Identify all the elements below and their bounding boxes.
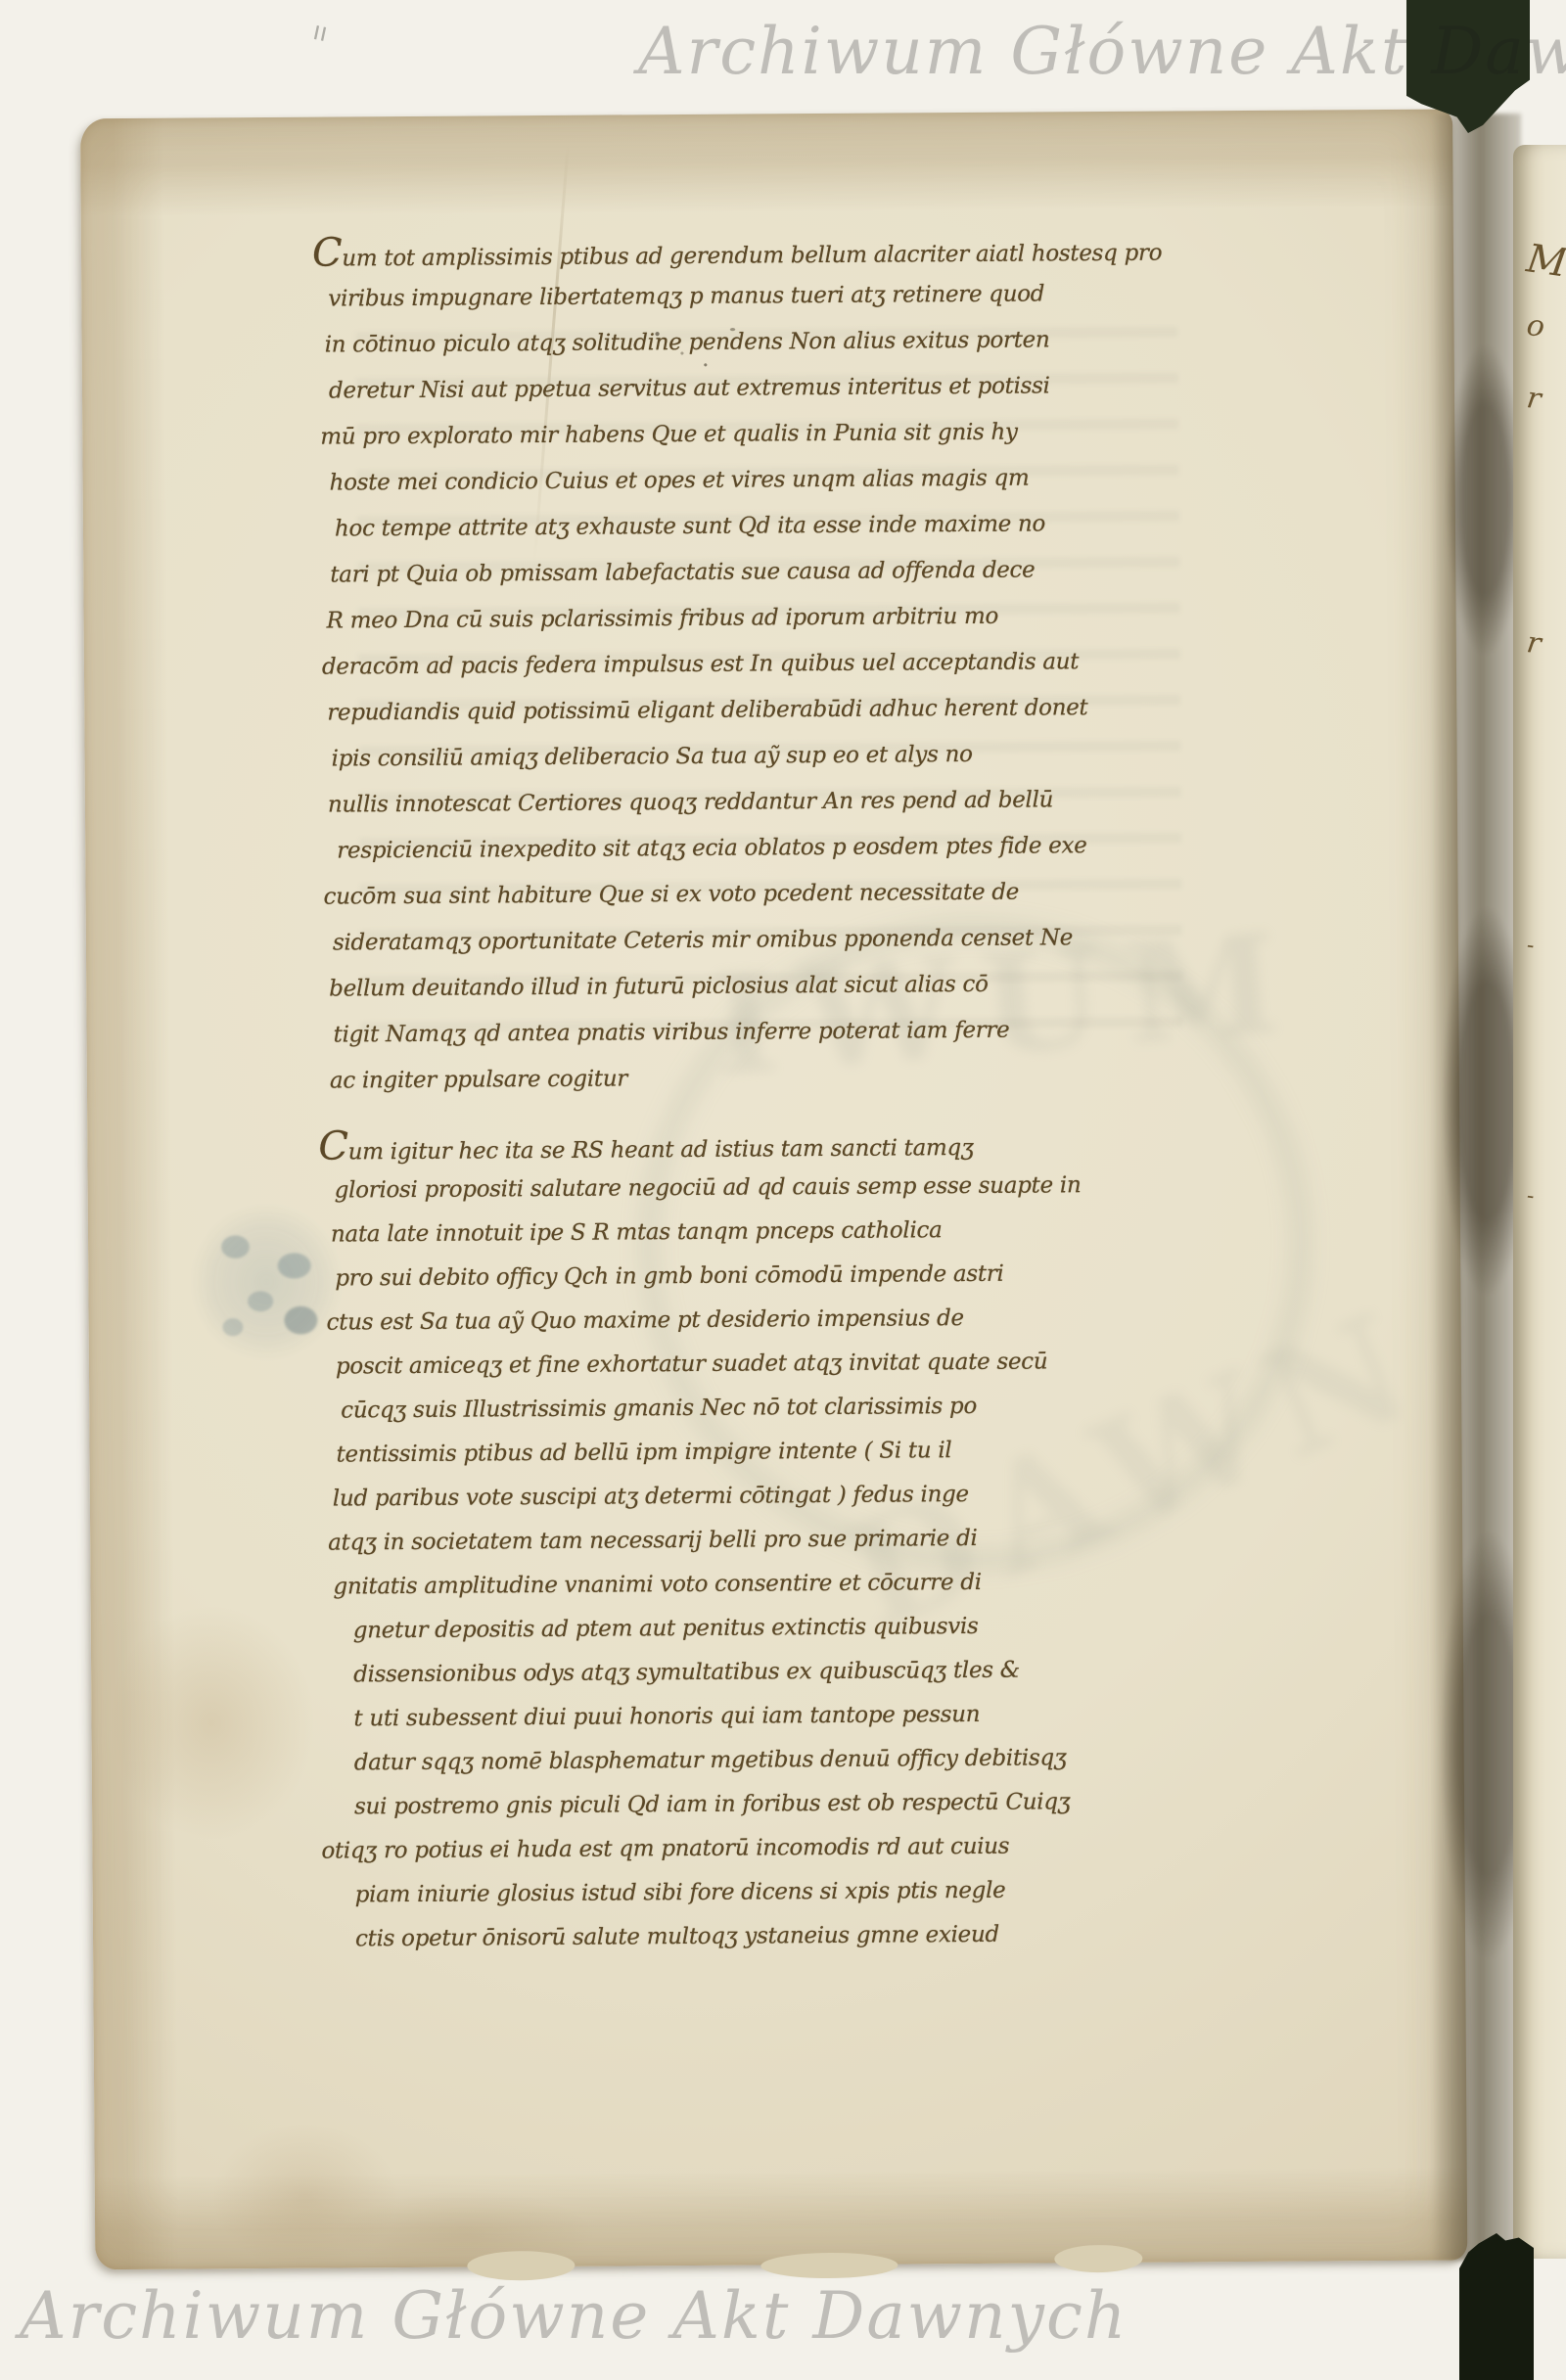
manuscript-line: in cōtinuo piculo atqʒ solitudine penden…	[324, 316, 1205, 368]
manuscript-line: R meo Dna cū suis pclarissimis fribus ad…	[326, 592, 1207, 644]
manuscript-line: otiqʒ ro potius ei huda est qm pnatorū i…	[321, 1823, 1216, 1873]
binding-strap-bottom	[1459, 2233, 1534, 2380]
manuscript-line: dissensionibus odys atqʒ symultatibus ex…	[353, 1647, 1215, 1697]
manuscript-line: tigit Namqʒ qd antea pnatis viribus infe…	[333, 1006, 1210, 1058]
manuscript-page: IWUM DAWN Cum tot amplissimis ptibus ad …	[80, 110, 1467, 2270]
manuscript-line: gloriosi propositi salutare negociū ad q…	[335, 1163, 1212, 1213]
manuscript-line: atqʒ in societatem tam necessarij belli …	[328, 1515, 1214, 1565]
manuscript-line: hoste mei condicio Cuius et opes et vire…	[329, 454, 1206, 506]
torn-edge-chip	[467, 2251, 575, 2281]
ink-fragment: -	[1525, 1184, 1536, 1210]
manuscript-line: ctus est Sa tua aỹ Quo maxime pt desider…	[326, 1295, 1212, 1345]
pencil-mark: ıı	[310, 17, 330, 48]
manuscript-line: deracōm ad pacis federa impulsus est In …	[322, 638, 1208, 690]
manuscript-line: poscit amiceqʒ et fine exhortatur suadet…	[336, 1339, 1213, 1389]
stain	[109, 1605, 316, 1841]
manuscript-line: gnetur depositis ad ptem aut penitus ext…	[353, 1603, 1215, 1653]
torn-edge-chip	[760, 2253, 898, 2279]
manuscript-line: lud paribus vote suscipi atʒ determi cōt…	[333, 1471, 1214, 1521]
manuscript-text: Cum tot amplissimis ptibus ad gerendum b…	[324, 224, 1217, 1961]
paragraph: Cum tot amplissimis ptibus ad gerendum b…	[324, 224, 1211, 1104]
right-page-edge: Morr--	[1513, 145, 1566, 2259]
manuscript-line: pro sui debito officy Qch in gmb boni cō…	[335, 1251, 1212, 1301]
stain	[211, 2123, 398, 2270]
manuscript-line: Cum igitur hec ita se RS heant ad istius…	[318, 1119, 1211, 1168]
manuscript-line: viribus impugnare libertatemqʒ p manus t…	[328, 270, 1205, 322]
faded-round-stamp	[189, 1201, 345, 1362]
manuscript-line: datur sqqʒ nomē blasphematur mgetibus de…	[354, 1735, 1216, 1785]
manuscript-line: cucōm sua sint habiture Que si ex voto p…	[323, 868, 1209, 920]
ink-fragment: r	[1525, 625, 1543, 662]
manuscript-line: ctis opetur ōnisorū salute multoqʒ ystan…	[355, 1911, 1217, 1961]
manuscript-line: sideratamqʒ oportunitate Ceteris mir omi…	[333, 914, 1210, 966]
archive-watermark-top: Archiwum Główne Akt Dawnych	[638, 14, 1566, 89]
ink-fragment: r	[1525, 381, 1543, 417]
archive-watermark-bottom: Archiwum Główne Akt Dawnych	[20, 2278, 1128, 2354]
manuscript-line: tentissimis ptibus ad bellū ipm impigre …	[336, 1427, 1213, 1477]
manuscript-line: t uti subessent diui puui honoris qui ia…	[353, 1691, 1215, 1741]
manuscript-line: piam iniurie glosius istud sibi fore dic…	[355, 1867, 1217, 1917]
manuscript-line: mū pro explorato mir habens Que et quali…	[320, 408, 1206, 460]
manuscript-line: nata late innotuit ipe S R mtas tanqm pn…	[331, 1207, 1212, 1257]
manuscript-line: deretur Nisi aut ppetua servitus aut ext…	[329, 362, 1206, 414]
manuscript-line: ipis consiliū amiqʒ deliberacio Sa tua a…	[331, 730, 1208, 782]
ink-fragment: o	[1525, 308, 1547, 344]
paragraph: Cum igitur hec ita se RS heant ad istius…	[330, 1119, 1217, 1961]
manuscript-line: gnitatis amplitudine vnanimi voto consen…	[333, 1559, 1214, 1609]
manuscript-line: sui postremo gnis piculi Qd iam in forib…	[354, 1779, 1216, 1829]
gutter-shadow	[1431, 114, 1521, 2261]
manuscript-line: repudiandis quid potissimū eligant delib…	[327, 684, 1208, 736]
manuscript-line: nullis innotescat Certiores quoqʒ reddan…	[328, 776, 1209, 828]
manuscript-line: tari pt Quia ob pmissam labefactatis sue…	[330, 546, 1207, 598]
manuscript-line: Cum tot amplissimis ptibus ad gerendum b…	[312, 224, 1205, 276]
torn-edge-chip	[1054, 2245, 1142, 2273]
ink-fragment: M	[1524, 236, 1566, 286]
manuscript-line: ac ingiter ppulsare cogitur	[330, 1052, 1211, 1104]
manuscript-line: bellum deuitando illud in futurū piclosi…	[329, 960, 1210, 1012]
manuscript-line: hoc tempe attrite atʒ exhauste sunt Qd i…	[335, 500, 1207, 552]
manuscript-line: cūcqʒ suis Illustrissimis gmanis Nec nō …	[341, 1383, 1213, 1433]
manuscript-line: respicienciū inexpedito sit atqʒ ecia ob…	[337, 822, 1209, 874]
ink-fragment: -	[1525, 934, 1536, 959]
